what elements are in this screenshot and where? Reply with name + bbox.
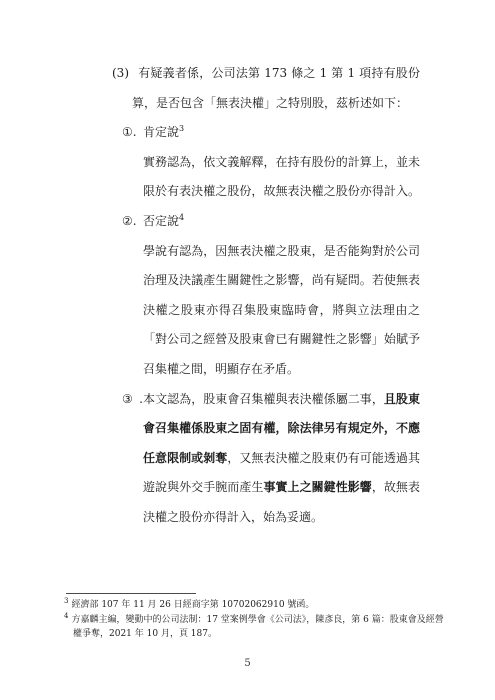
text-segment: 學說有認為，因無表決權之股東，是否能夠對於公司 [143,244,420,258]
text-line: 限於有表決權之股份，故無表決權之股份亦得計入。 [143,177,420,207]
text-line: ③.本文認為，股東會召集權與表決權係屬二事，且股東 [122,385,420,415]
text-segment: 治理及決議產生關鍵性之影響，尚有疑問。若使無表 [143,273,420,287]
footnote-line: 權爭奪，2021 年 10 月，頁 187。 [73,627,444,642]
text-segment: 實務認為，依文義解釋，在持有股份的計算上，並未 [143,155,420,169]
text-line: 學說有認為，因無表決權之股東，是否能夠對於公司 [143,237,420,267]
text-segment: ，又無表決權之股東仍有可能透過其 [227,451,420,465]
text-line: 實務認為，依文義解釋，在持有股份的計算上，並未 [143,148,420,178]
footnote-line: 3經濟部 107 年 11 月 26 日經商字第 10702062910 號函。 [64,598,444,613]
text-segment: 限於有表決權之股份，故無表決權之股份亦得計入。 [143,184,420,198]
text-line: 治理及決議產生關鍵性之影響，尚有疑問。若使無表 [143,266,420,296]
page-number: 5 [0,658,495,669]
text-line: 決權之股東亦得召集股東臨時會，將與立法理由之 [143,296,420,326]
emphasis-text: 會召集權係股東之固有權，除法律另有規定外，不應 [143,421,420,435]
text-segment: 決權之股份亦得計入，始為妥適。 [143,510,323,524]
text-line: ①.肯定說3 [122,118,422,148]
footnote-number: 3 [64,597,68,605]
text-line: 算，是否包含「無表決權」之特別股，茲析述如下： [132,89,422,119]
body-text: (3)有疑義者係，公司法第 173 條之 1 第 1 項持有股份之計算，是否包含… [112,59,422,533]
footnotes: 3經濟部 107 年 11 月 26 日經商字第 10702062910 號函。… [64,598,444,642]
text-line: 遊說與外交手腕而產生事實上之關鍵性影響，故無表 [143,473,420,503]
list-marker: ②. [122,207,143,237]
footnote-ref: 4 [179,213,184,222]
text-line: 會召集權係股東之固有權，除法律另有規定外，不應 [143,414,420,444]
text-segment: 算，是否包含「無表決權」之特別股，茲析述如下： [132,96,408,110]
footnote-number: 4 [64,612,68,620]
footnote-text: 經濟部 107 年 11 月 26 日經商字第 10702062910 號函。 [71,600,314,610]
list-marker: ③. [122,385,143,415]
emphasis-text: 事實上之關鍵性影響 [263,480,371,494]
text-line: 召集權之間，明顯存在矛盾。 [143,355,422,385]
text-segment: 遊說與外交手腕而產生 [143,480,263,494]
document-page: (3)有疑義者係，公司法第 173 條之 1 第 1 項持有股份之計算，是否包含… [0,0,495,700]
text-segment: 決權之股東亦得召集股東臨時會，將與立法理由之 [143,303,420,317]
text-line: 決權之股份亦得計入，始為妥適。 [143,503,422,533]
footnote-text: 權爭奪，2021 年 10 月，頁 187。 [73,629,217,639]
emphasis-text: 且股東 [384,392,420,406]
footnote-text: 方嘉麟主編，變動中的公司法制：17 堂案例學會《公司法》，陳彥良，第 6 篇：股… [71,615,443,625]
text-segment: 肯定說 [143,125,179,139]
list-marker: ①. [122,118,143,148]
text-line: ②.否定說4 [122,207,422,237]
text-line: 任意限制或剝奪，又無表決權之股東仍有可能透過其 [143,444,420,474]
list-marker: (3) [112,59,138,89]
text-line: (3)有疑義者係，公司法第 173 條之 1 第 1 項持有股份之計 [112,59,420,89]
text-line: 「對公司之經營及股東會已有關鍵性之影響」始賦予 [143,325,420,355]
footnote-separator [66,593,196,594]
text-segment: 本文認為，股東會召集權與表決權係屬二事， [143,392,384,406]
text-segment: 有疑義者係，公司法第 173 條之 1 第 1 項持有股份之計 [112,66,420,89]
footnote-ref: 3 [179,124,184,133]
text-segment: 召集權之間，明顯存在矛盾。 [143,362,299,376]
footnote-line: 4方嘉麟主編，變動中的公司法制：17 堂案例學會《公司法》，陳彥良，第 6 篇：… [64,613,444,628]
text-segment: ，故無表 [372,480,420,494]
text-segment: 否定說 [143,214,179,228]
text-segment: 「對公司之經營及股東會已有關鍵性之影響」始賦予 [143,332,420,346]
emphasis-text: 任意限制或剝奪 [143,451,227,465]
